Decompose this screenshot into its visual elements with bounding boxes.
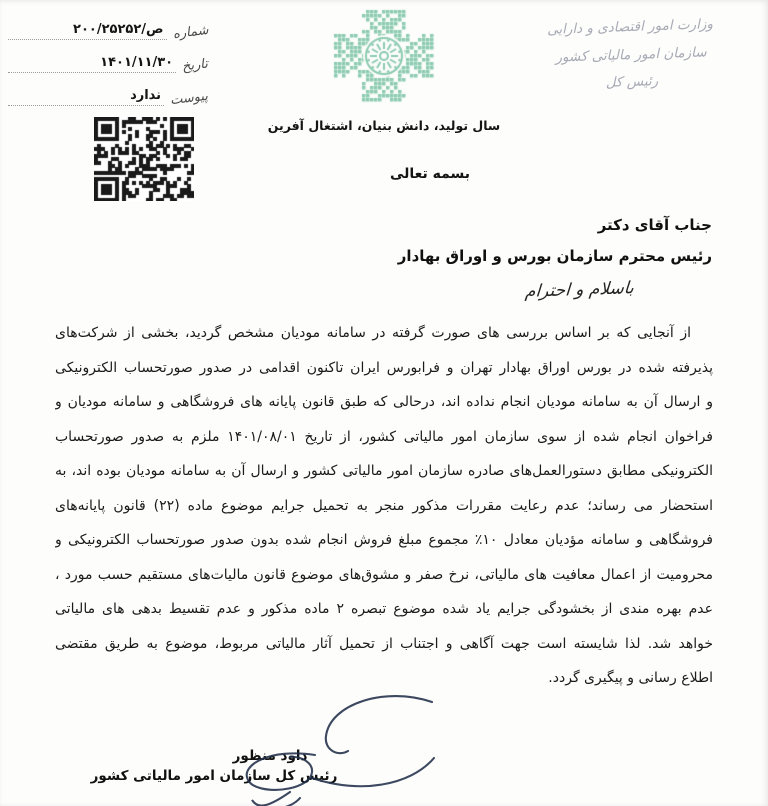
letter-attachment-value: ندارد [130,88,161,103]
letter-attachment-row: پیوست ندارد [8,84,208,106]
handwritten-salutation: باسلام و احترام [524,278,634,302]
letter-meta-block: شماره ۲۰۰/۲۵۲۵۲/ص تاریخ ۱۴۰۱/۱۱/۳۰ پیوست… [8,18,208,117]
body-line: استحضار می رساند؛ عدم رعایت مقررات مذکور… [55,489,713,524]
body-line: محرومیت از اعمال معافیت های مالیاتی، نرخ… [55,558,713,593]
tax-organization-emblem-icon [330,6,438,108]
body-line: و ارسال آن به سامانه مودیان انجام نداده … [55,385,713,420]
handwritten-signature [230,686,450,806]
letterhead: وزارت امور اقتصادی و دارایی سازمان امور … [509,10,754,101]
body-line: از آنجایی که بر اساس بررسی های صورت گرفت… [55,316,713,351]
body-line: خواهد شد. لذا شایسته است جهت آگاهی و اجت… [55,627,713,662]
body-line: الکترونیکی مطابق دستورالعمل‌های صادره سا… [55,454,713,489]
letter-number-label: شماره [172,23,209,42]
letter-date-line: ۱۴۰۱/۱۱/۳۰ [8,51,176,73]
body-line: اطلاع رسانی و پیگیری گردد. [55,661,713,696]
body-line: فروشگاهی و سامانه مؤدیان معادل ۱۰٪ مجموع… [55,523,713,558]
addressee-title: رئیس محترم سازمان بورس و اوراق بهادار [398,241,712,272]
body-line: پذیرفته شده در بورس اوراق بهادار تهران و… [55,351,713,386]
letter-number-row: شماره ۲۰۰/۲۵۲۵۲/ص [8,18,208,40]
addressee-honorific: جناب آقای دکتر [398,210,712,241]
addressee-block: جناب آقای دکتر رئیس محترم سازمان بورس و … [398,210,712,272]
basmala: بسمه تعالی [350,166,510,182]
body-line: فراخوان انجام شده از سوی سازمان امور مال… [55,420,713,455]
letter-body: از آنجایی که بر اساس بررسی های صورت گرفت… [55,316,713,696]
letter-number-line: ۲۰۰/۲۵۲۵۲/ص [8,18,167,40]
letter-attachment-line: ندارد [8,84,164,106]
letter-date-value: ۱۴۰۱/۱۱/۳۰ [100,55,173,70]
letter-number-value: ۲۰۰/۲۵۲۵۲/ص [73,22,163,37]
signatory-name: داود منظور [200,748,340,764]
qr-code [94,117,194,201]
letter-page: شماره ۲۰۰/۲۵۲۵۲/ص تاریخ ۱۴۰۱/۱۱/۳۰ پیوست… [0,0,768,806]
body-line: عدم بهره مندی از بخشودگی جرایم یاد شده م… [55,592,713,627]
letter-date-label: تاریخ [181,56,209,74]
signatory-title: رئیس کل سازمان امور مالیاتی کشور [88,768,340,784]
year-slogan: سال تولید، دانش بنیان، اشتغال آفرین [234,118,534,133]
letter-attachment-label: پیوست [169,89,208,109]
letter-date-row: تاریخ ۱۴۰۱/۱۱/۳۰ [8,51,208,73]
